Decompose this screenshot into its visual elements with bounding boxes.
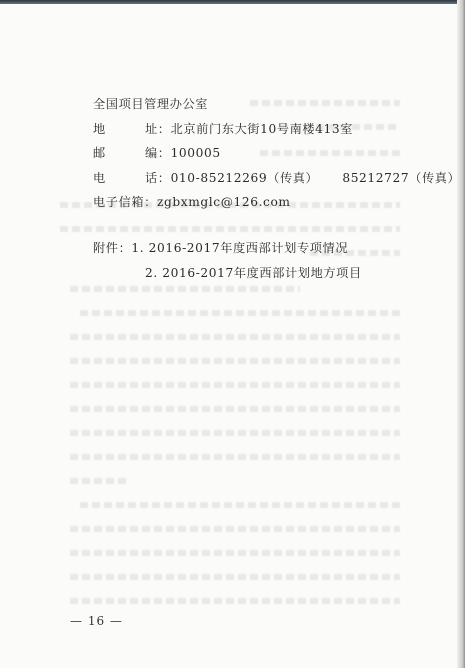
address-row: 地址：北京前门东大街10号南楼413室 bbox=[93, 117, 460, 142]
email-label: 电子信箱： bbox=[93, 195, 157, 209]
phone-row: 电话：010-85212269（传真）85212727（传真） bbox=[93, 166, 460, 191]
bleed-through bbox=[70, 334, 400, 340]
attachment-item: 2. 2016-2017年度西部计划地方项目 bbox=[93, 261, 362, 286]
address-label-a: 地 bbox=[93, 117, 145, 142]
bleed-through bbox=[70, 382, 400, 388]
postcode-label-a: 邮 bbox=[93, 141, 145, 166]
phone-label-b: 话： bbox=[145, 166, 171, 191]
bleed-through bbox=[70, 286, 300, 292]
email-value: zgbxmglc@126.com bbox=[157, 195, 291, 209]
bleed-through bbox=[70, 406, 400, 412]
bleed-through bbox=[70, 526, 400, 532]
scan-right-edge bbox=[457, 0, 465, 668]
document-page: 全国项目管理办公室 地址：北京前门东大街10号南楼413室 邮编：100005 … bbox=[0, 4, 457, 668]
attachments-label: 附件： bbox=[93, 241, 131, 255]
bleed-through bbox=[80, 502, 400, 508]
postcode-row: 邮编：100005 bbox=[93, 141, 460, 166]
fax-value: 85212727（传真） bbox=[342, 171, 460, 185]
bleed-through bbox=[70, 454, 400, 460]
bleed-through bbox=[70, 574, 400, 580]
bleed-through bbox=[70, 598, 400, 604]
office-name: 全国项目管理办公室 bbox=[93, 92, 460, 117]
bleed-through bbox=[60, 226, 400, 232]
address-value: 北京前门东大街10号南楼413室 bbox=[171, 122, 353, 136]
phone-label-a: 电 bbox=[93, 166, 145, 191]
postcode-value: 100005 bbox=[171, 146, 221, 160]
attachments-block: 附件：1. 2016-2017年度西部计划专项情况 2. 2016-2017年度… bbox=[93, 236, 362, 286]
bleed-through bbox=[70, 430, 400, 436]
email-row: 电子信箱：zgbxmglc@126.com bbox=[93, 190, 460, 215]
address-label-b: 址： bbox=[145, 117, 171, 142]
contact-block: 全国项目管理办公室 地址：北京前门东大街10号南楼413室 邮编：100005 … bbox=[93, 92, 460, 215]
postcode-label-b: 编： bbox=[145, 141, 171, 166]
bleed-through bbox=[70, 358, 400, 364]
phone-value: 010-85212269（传真） bbox=[171, 171, 319, 185]
attachment-2: 2. 2016-2017年度西部计划地方项目 bbox=[145, 266, 362, 280]
page-number: — 16 — bbox=[70, 614, 123, 628]
attachment-1: 1. 2016-2017年度西部计划专项情况 bbox=[131, 241, 348, 255]
bleed-through bbox=[70, 550, 400, 556]
bleed-through bbox=[70, 478, 130, 484]
attachment-item: 附件：1. 2016-2017年度西部计划专项情况 bbox=[93, 236, 362, 261]
bleed-through bbox=[80, 310, 400, 316]
